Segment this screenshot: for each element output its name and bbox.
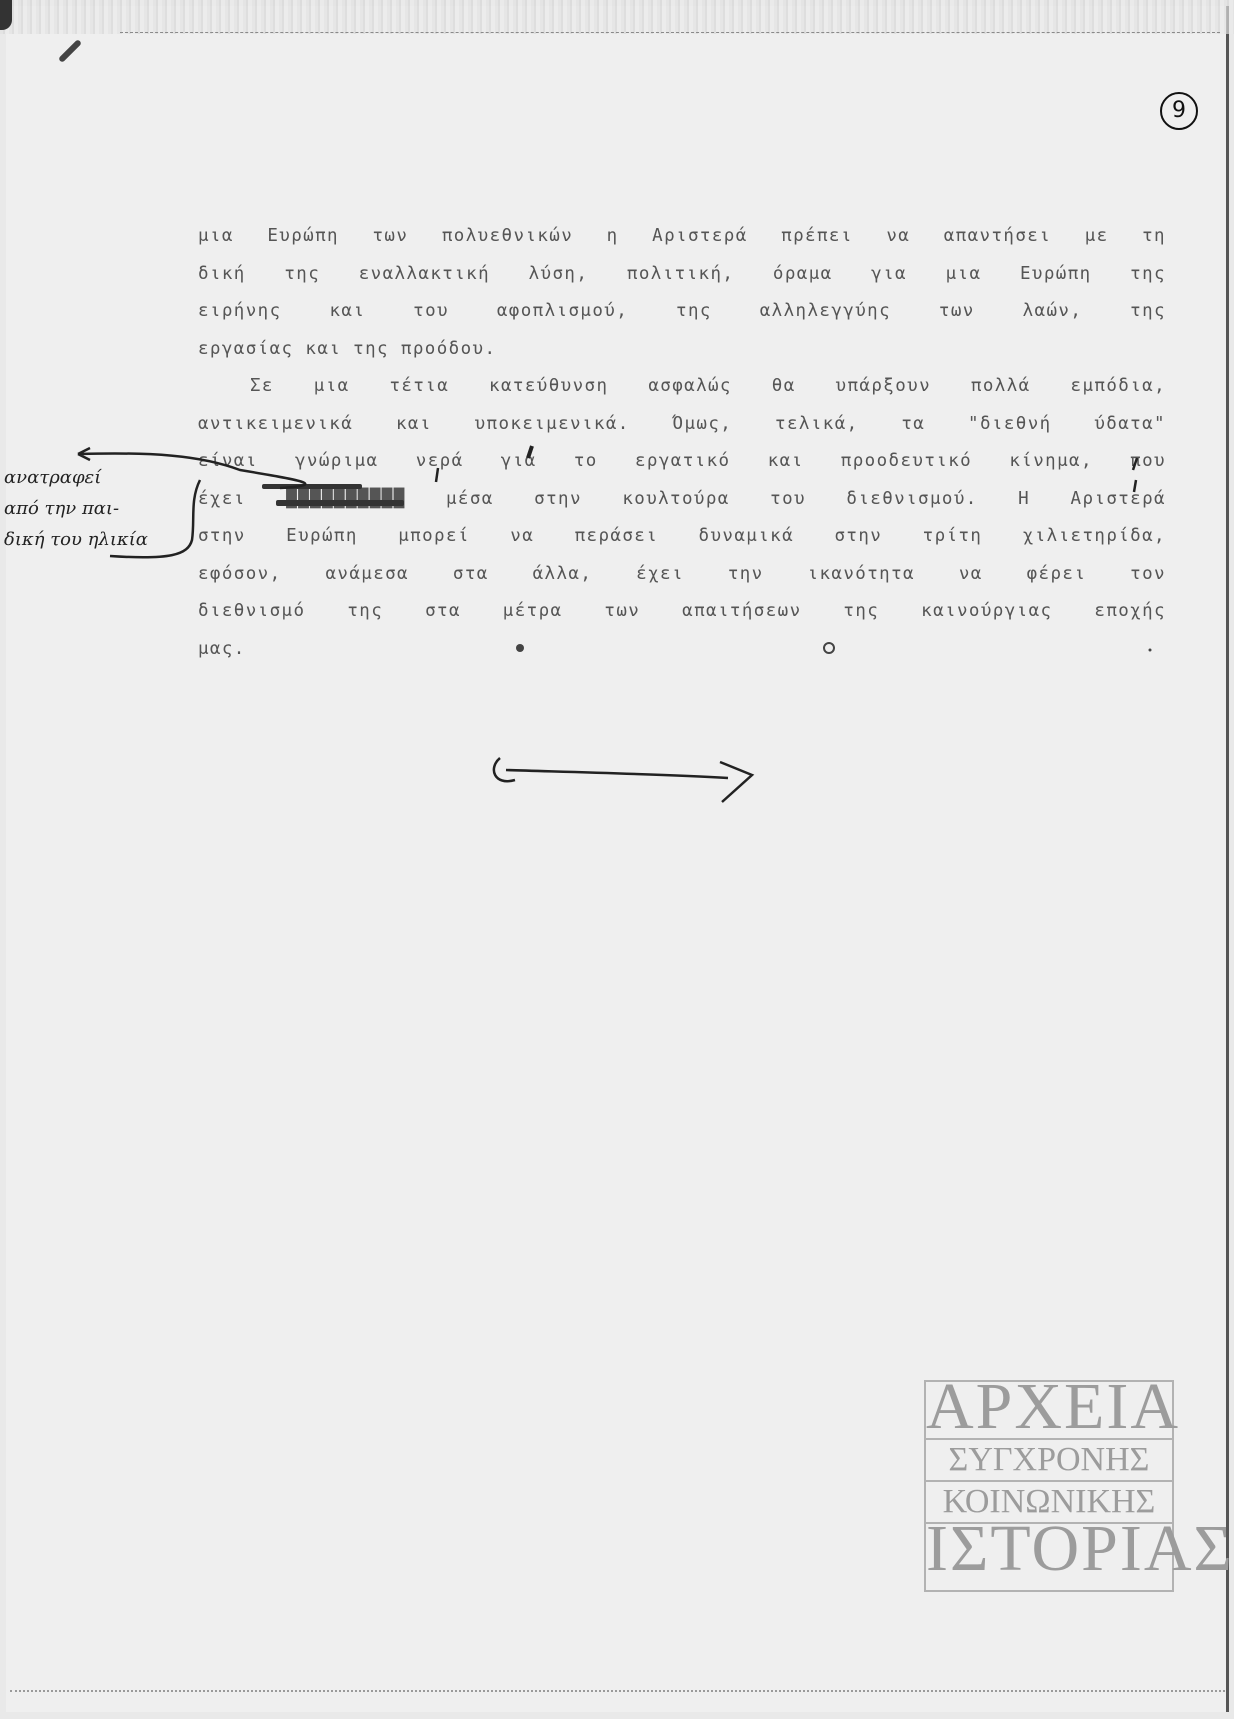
stamp-line: ΣΥΓΧΡΟΝΗΣ [926, 1440, 1172, 1480]
stamp-line: ΑΡΧΕΙΑ [926, 1376, 1172, 1438]
archive-stamp: ΑΡΧΕΙΑ ΣΥΓΧΡΟΝΗΣ ΚΟΙΝΩΝΙΚΗΣ ΙΣΤΟΡΙΑΣ [924, 1380, 1174, 1592]
stamp-line: ΙΣΤΟΡΙΑΣ [926, 1518, 1172, 1580]
